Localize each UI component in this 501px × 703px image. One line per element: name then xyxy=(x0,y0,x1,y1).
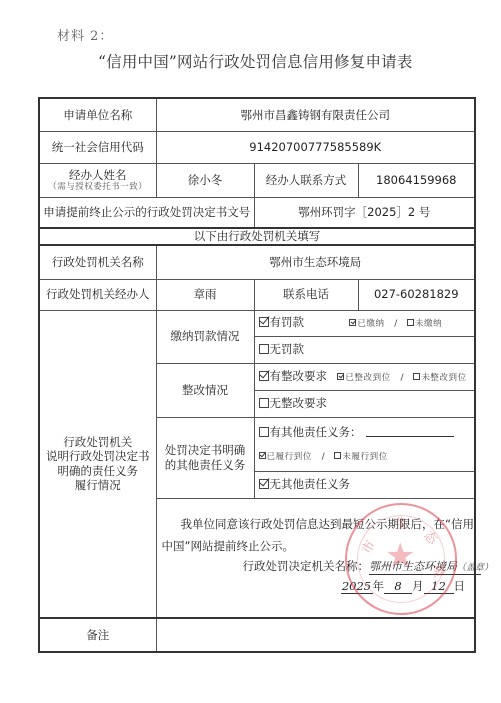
phone-label: 联系电话 xyxy=(254,279,358,310)
has-fine-checkbox[interactable] xyxy=(259,317,269,327)
authority-name-label: 行政处罚机关名称 xyxy=(39,245,156,279)
statement-line-2: 中国”网站提前终止公示。 xyxy=(162,539,294,553)
agent-contact-field[interactable]: 18064159968 xyxy=(358,163,475,197)
other-obligations-label-line-2: 的其他责任义务 xyxy=(157,458,254,472)
credit-code-field[interactable]: 91420700777585589K xyxy=(156,131,475,163)
has-other-checkbox[interactable] xyxy=(259,427,269,437)
decision-doc-field[interactable]: 鄂州环罚字［2025］2 号 xyxy=(254,197,475,228)
fulfillment-label-line-2: 说明行政处罚决定书 xyxy=(40,449,156,463)
rect-done-checkbox[interactable] xyxy=(337,373,344,380)
has-other-label: 有其他责任义务： xyxy=(270,425,362,439)
no-fine-label: 无罚款 xyxy=(270,342,305,356)
fine-paid-label: 已缴纳 xyxy=(357,319,384,329)
fine-none-option: 无罚款 xyxy=(254,336,475,363)
no-other-label: 无其他责任义务 xyxy=(270,477,351,491)
separator: / xyxy=(400,373,403,383)
decision-doc-label: 申请提前终止公示的行政处罚决定书文号 xyxy=(39,197,254,228)
row-remarks: 备注 xyxy=(39,618,475,652)
rect-not-done-checkbox[interactable] xyxy=(413,373,420,380)
row-credit-code: 统一社会信用代码 91420700777585589K xyxy=(39,131,475,163)
separator: / xyxy=(394,319,397,329)
remarks-field[interactable] xyxy=(156,618,475,652)
fine-paid-checkbox[interactable] xyxy=(349,319,356,326)
signature-value: 鄂州市生态环境局 xyxy=(369,560,457,573)
other-obligations-label: 处罚决定书明确 的其他责任义务 xyxy=(156,417,254,498)
row-authority-name: 行政处罚机关名称 鄂州市生态环境局 xyxy=(39,245,475,279)
unit-name-label: 申请单位名称 xyxy=(39,98,156,131)
page-title: “信用中国”网站行政处罚信息信用修复申请表 xyxy=(98,50,418,72)
agent-name-label-text: 经办人姓名 xyxy=(69,168,127,182)
unit-name-field[interactable]: 鄂州市昌鑫铸钢有限责任公司 xyxy=(156,98,475,131)
signature-field[interactable]: 鄂州市生态环境局（盖章） xyxy=(369,560,481,575)
no-rectification-label: 无整改要求 xyxy=(270,396,328,410)
credit-code-label: 统一社会信用代码 xyxy=(39,131,156,163)
signature-label: 行政处罚决定机关名称： xyxy=(243,559,370,573)
has-rectification-label: 有整改要求 xyxy=(270,369,328,383)
rect-done-label: 已整改到位 xyxy=(345,373,391,383)
fulfillment-label-line-1: 行政处罚机关 xyxy=(40,435,156,449)
material-label: 材料 2： xyxy=(57,25,113,44)
date-day-field[interactable]: 12 xyxy=(424,579,454,594)
agent-contact-label: 经办人联系方式 xyxy=(254,163,358,197)
fine-label: 缴纳罚款情况 xyxy=(156,310,254,363)
statement-cell: 我单位同意该行政处罚信息达到最短公示期限后，在“信用 中国”网站提前终止公示。 … xyxy=(156,498,475,618)
fulfillment-label-line-4: 履行情况 xyxy=(40,478,156,492)
other-obligation-input[interactable] xyxy=(366,436,454,437)
signature-line: 行政处罚决定机关名称：鄂州市生态环境局（盖章） xyxy=(243,559,482,575)
row-authority-divider: 以下由行政处罚机关填写 xyxy=(39,228,475,245)
rect-has-option: 有整改要求 已整改到位 / 未整改到位 xyxy=(254,363,475,390)
rect-none-option: 无整改要求 xyxy=(254,390,475,417)
agent-name-label: 经办人姓名 （需与授权委托书一致） xyxy=(39,163,156,197)
rectification-label: 整改情况 xyxy=(156,363,254,417)
authority-section-divider: 以下由行政处罚机关填写 xyxy=(39,228,475,245)
other-obligations-label-line-1: 处罚决定书明确 xyxy=(157,443,254,457)
has-rectification-checkbox[interactable] xyxy=(259,371,269,381)
authority-name-field[interactable]: 鄂州市生态环境局 xyxy=(156,245,475,279)
authority-agent-field[interactable]: 章雨 xyxy=(156,279,254,310)
fine-has-option: 有罚款 已缴纳 / 未缴纳 xyxy=(254,310,475,336)
separator: / xyxy=(322,452,325,462)
row-authority-agent: 行政处罚机关经办人 章雨 联系电话 027-60281829 xyxy=(39,279,475,310)
phone-field[interactable]: 027-60281829 xyxy=(358,279,475,310)
no-other-checkbox[interactable] xyxy=(259,479,269,489)
stamp-note: （盖章） xyxy=(457,563,493,573)
fine-unpaid-label: 未缴纳 xyxy=(415,319,442,329)
date-year-unit: 年 xyxy=(373,579,385,593)
no-rectification-checkbox[interactable] xyxy=(259,398,269,408)
statement-line-1: 我单位同意该行政处罚信息达到最短公示期限后，在“信用 xyxy=(181,517,474,531)
row-unit-name: 申请单位名称 鄂州市昌鑫铸钢有限责任公司 xyxy=(39,98,475,131)
other-not-fulfilled-checkbox[interactable] xyxy=(334,452,341,459)
other-fulfilled-checkbox[interactable] xyxy=(259,452,266,459)
no-fine-checkbox[interactable] xyxy=(259,344,269,354)
authority-agent-label: 行政处罚机关经办人 xyxy=(39,279,156,310)
date-month-unit: 月 xyxy=(412,579,424,593)
other-not-fulfilled-label: 未履行到位 xyxy=(342,452,388,462)
row-agent: 经办人姓名 （需与授权委托书一致） 徐小冬 经办人联系方式 1806415996… xyxy=(39,163,475,197)
row-fine-has: 行政处罚机关 说明行政处罚决定书 明确的责任义务 履行情况 缴纳罚款情况 有罚款… xyxy=(39,310,475,336)
remarks-label: 备注 xyxy=(39,618,156,652)
application-form-table: 申请单位名称 鄂州市昌鑫铸钢有限责任公司 统一社会信用代码 9142070077… xyxy=(38,97,476,653)
date-month-field[interactable]: 8 xyxy=(384,579,412,594)
fulfillment-label: 行政处罚机关 说明行政处罚决定书 明确的责任义务 履行情况 xyxy=(39,310,156,618)
date-day-unit: 日 xyxy=(454,579,466,593)
has-fine-label: 有罚款 xyxy=(270,315,305,329)
row-decision-doc: 申请提前终止公示的行政处罚决定书文号 鄂州环罚字［2025］2 号 xyxy=(39,197,475,228)
other-none-option: 无其他责任义务 xyxy=(254,471,475,498)
date-year-field[interactable]: 2025 xyxy=(341,579,373,594)
fulfillment-label-line-3: 明确的责任义务 xyxy=(40,464,156,478)
other-has-option: 有其他责任义务： 已履行到位 / 未履行到位 xyxy=(254,417,475,471)
other-fulfilled-label: 已履行到位 xyxy=(267,452,313,462)
date-line: 2025年8月12日 xyxy=(341,579,466,594)
agent-name-note: （需与授权委托书一致） xyxy=(40,182,156,193)
fine-unpaid-checkbox[interactable] xyxy=(407,319,414,326)
agent-name-field[interactable]: 徐小冬 xyxy=(156,163,254,197)
rect-not-done-label: 未整改到位 xyxy=(421,373,467,383)
